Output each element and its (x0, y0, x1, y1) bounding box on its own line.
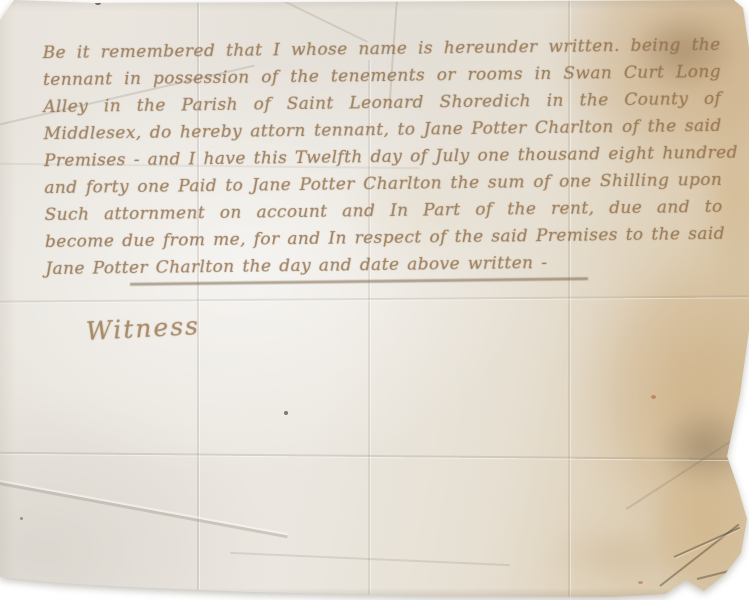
speck-bottom-left (20, 517, 23, 520)
ink-speck-top (95, 1, 101, 5)
crease-diagonal-corner (626, 432, 745, 510)
speck-center (284, 411, 288, 415)
paper-drop-shadow: Be it remembered that I whose name is he… (0, 0, 749, 600)
stain-right-dark-blotch (655, 405, 749, 490)
fold-line-horizontal-middle (0, 295, 749, 302)
red-speck-right (651, 395, 656, 399)
crease-diagonal-bottom (230, 552, 510, 566)
fold-line-horizontal-lower (0, 452, 749, 461)
stain-torn-corner (648, 460, 749, 595)
red-speck-bottom (638, 581, 643, 584)
scanned-document-image: Be it remembered that I whose name is he… (0, 0, 749, 600)
torn-corner-crease-1 (659, 524, 739, 587)
torn-corner-crease-2 (674, 527, 741, 558)
torn-corner-crease-3 (697, 565, 748, 580)
paper-sheet: Be it remembered that I whose name is he… (0, 0, 749, 600)
stain-right-middle (580, 250, 749, 530)
handwriting-line-9-underlined-text: Charlton the day and date above written … (156, 253, 548, 278)
handwriting-line-9-name: Jane Potter (45, 258, 156, 279)
witness-signature-word: Witness (85, 311, 200, 346)
crease-diagonal-bottom-left (0, 481, 288, 539)
stain-bottom (545, 525, 685, 585)
handwritten-text-block: Be it remembered that I whose name is he… (43, 32, 724, 283)
